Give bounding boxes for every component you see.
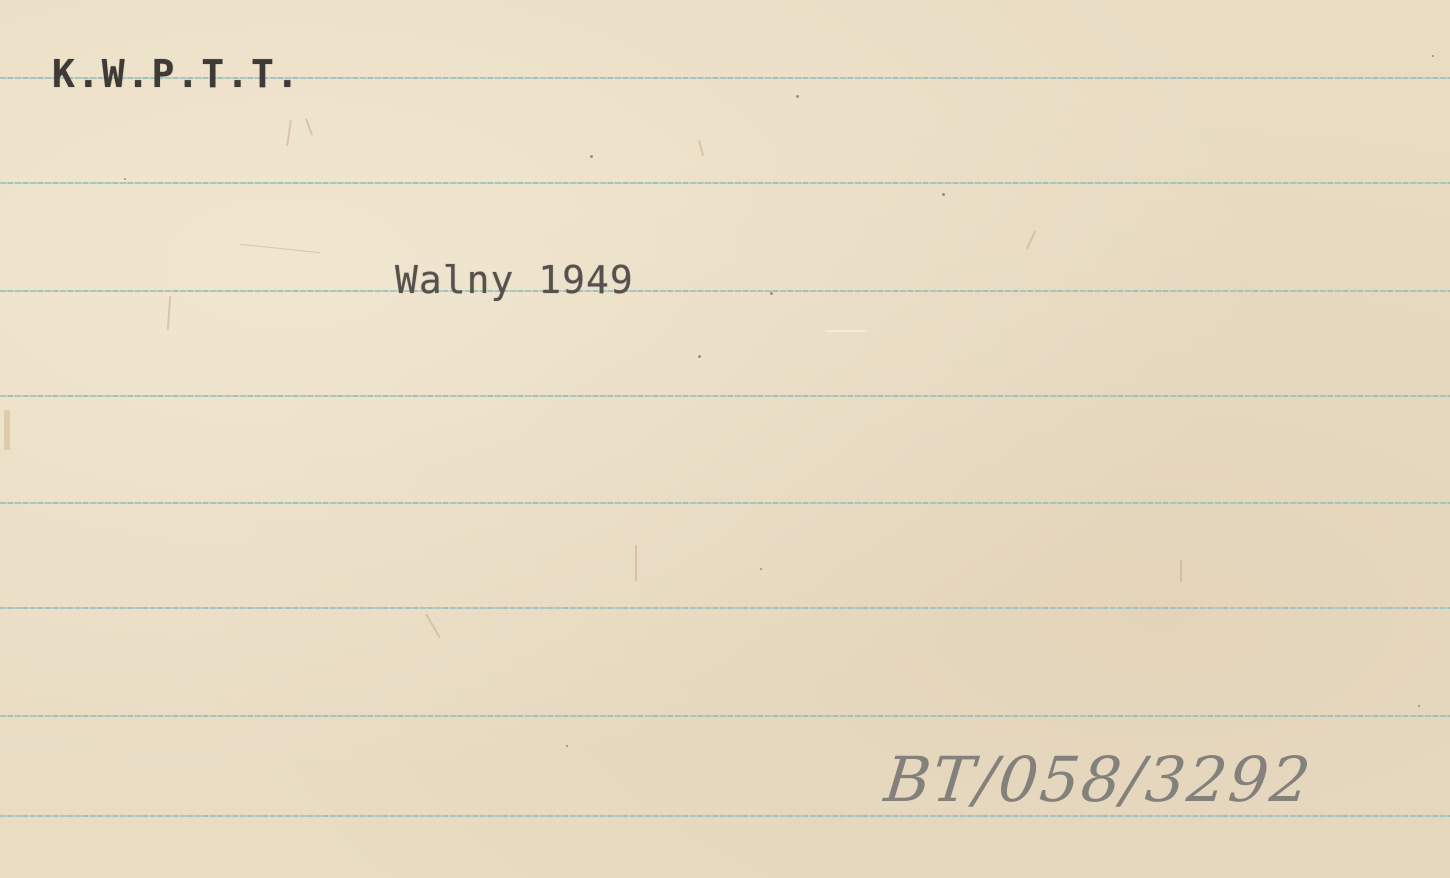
paper-fiber: [1026, 231, 1036, 250]
paper-speck: [1432, 55, 1434, 57]
ruled-line: [0, 290, 1450, 292]
paper-fiber: [4, 410, 10, 450]
paper-fiber: [825, 330, 867, 332]
ruled-line: [0, 607, 1450, 609]
card-heading: K.W.P.T.T.: [52, 52, 301, 96]
paper-speck: [590, 155, 593, 158]
paper-speck: [1418, 705, 1420, 707]
ruled-line: [0, 182, 1450, 184]
card-subject: Walny 1949: [395, 258, 634, 302]
paper-fiber: [635, 545, 637, 581]
paper-speck: [760, 568, 762, 570]
paper-fiber: [286, 120, 292, 146]
paper-speck: [770, 292, 773, 295]
paper-fiber: [240, 244, 320, 253]
ruled-line: [0, 502, 1450, 504]
paper-fiber: [305, 118, 313, 136]
paper-speck: [698, 355, 701, 358]
paper-fiber: [698, 140, 704, 156]
ruled-line: [0, 395, 1450, 397]
paper-fiber: [425, 613, 441, 638]
paper-speck: [566, 745, 568, 747]
index-card: K.W.P.T.T. Walny 1949 BT/058/3292: [0, 0, 1450, 878]
paper-fiber: [167, 296, 171, 330]
paper-speck: [796, 95, 799, 98]
call-number: BT/058/3292: [885, 735, 1315, 855]
paper-speck: [124, 178, 126, 180]
paper-speck: [942, 193, 945, 196]
ruled-line: [0, 715, 1450, 717]
call-number-text: BT/058/3292: [881, 743, 1316, 816]
paper-fiber: [1180, 560, 1182, 582]
